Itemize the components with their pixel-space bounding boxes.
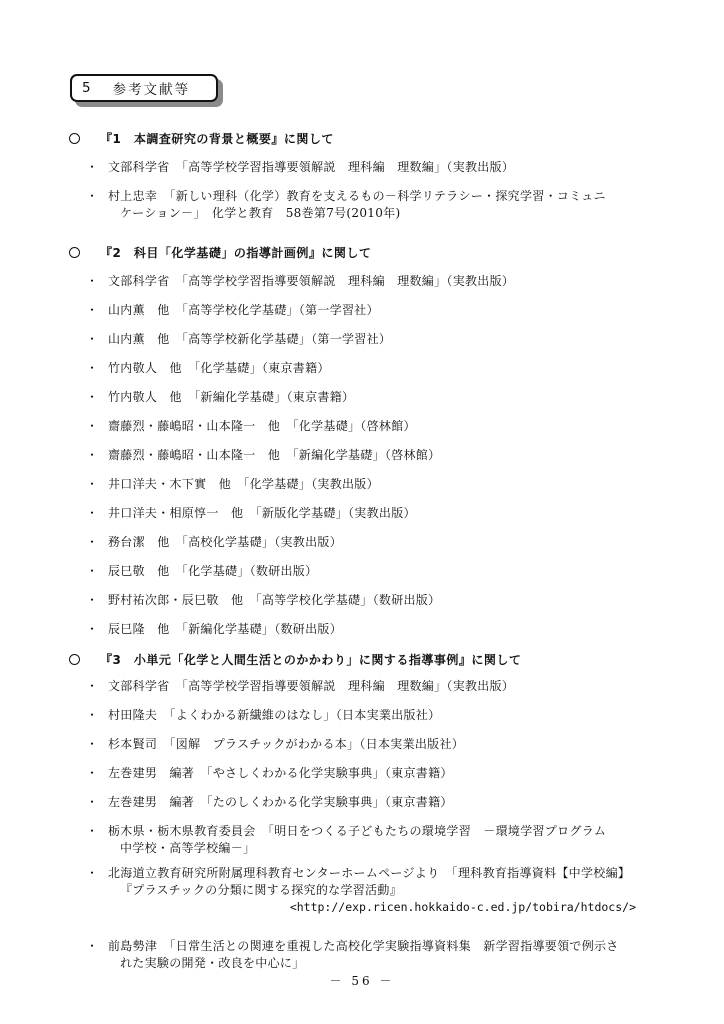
group-heading-text: 『2 科目「化学基礎」の指導計画例』に関して (100, 244, 371, 261)
reference-text: 文部科学省 「高等学校学習指導要領解説 理科編 理数編」（実教出版） (108, 160, 514, 174)
bullet-icon: ・ (86, 823, 96, 840)
reference-text: 務台潔 他 「高校化学基礎」（実教出版） (108, 535, 342, 549)
group-heading: 『1 本調査研究の背景と概要』に関して (68, 129, 678, 147)
bullet-icon: ・ (86, 389, 96, 406)
reference-text: 山内薫 他 「高等学校化学基礎」（第一学習社） (108, 303, 379, 317)
section-title-label: 参考文献等 (113, 78, 191, 98)
reference-text: 文部科学省 「高等学校学習指導要領解説 理科編 理数編」（実教出版） (108, 679, 514, 693)
reference-item: ・齋藤烈・藤嶋昭・山本隆一 他 「化学基礎」（啓林館） (68, 418, 678, 435)
reference-text: 辰巳敬 他 「化学基礎」（数研出版） (108, 564, 317, 578)
reference-item: ・辰巳隆 他 「新編化学基礎」（数研出版） (68, 621, 678, 638)
bullet-icon: ・ (86, 592, 96, 609)
bullet-icon: ・ (86, 302, 96, 319)
reference-item: ・左巻建男 編著 「やさしくわかる化学実験事典」（東京書籍） (68, 765, 678, 782)
reference-text-continued: ケーション－」 化学と教育 58巻第7号(2010年) (108, 205, 678, 222)
group-heading-text: 『3 小単元「化学と人間生活とのかかわり」に関する指導事例』に関して (100, 651, 521, 668)
bullet-icon: ・ (86, 707, 96, 724)
reference-text: 井口洋夫・相原惇一 他 「新版化学基礎」（実教出版） (108, 506, 416, 520)
bullet-icon: ・ (86, 678, 96, 695)
bullet-icon: ・ (86, 534, 96, 551)
reference-text: 齋藤烈・藤嶋昭・山本隆一 他 「新編化学基礎」（啓林館） (108, 448, 440, 462)
circle-bullet-icon (69, 247, 80, 258)
bullet-icon: ・ (86, 476, 96, 493)
reference-group-1: 『1 本調査研究の背景と概要』に関して ・ 文部科学省 「高等学校学習指導要領解… (68, 129, 678, 222)
reference-text: 野村祐次郎・辰巳敬 他 「高等学校化学基礎」（数研出版） (108, 593, 440, 607)
reference-text: 栃木県・栃木県教育委員会 「明日をつくる子どもたちの環境学習 －環境学習プログラ… (108, 824, 606, 838)
bullet-icon: ・ (86, 865, 96, 882)
reference-text-continued: 『プラスチックの分類に関する探究的な学習活動』 (108, 882, 678, 899)
reference-text-continued: れた実験の開発・改良を中心に」 (108, 955, 678, 972)
reference-text: 文部科学省 「高等学校学習指導要領解説 理科編 理数編」（実教出版） (108, 274, 514, 288)
bullet-icon: ・ (86, 159, 96, 176)
bullet-icon: ・ (86, 447, 96, 464)
group-heading: 『3 小単元「化学と人間生活とのかかわり」に関する指導事例』に関して (68, 650, 678, 668)
circle-bullet-icon (69, 654, 80, 665)
group-heading: 『2 科目「化学基礎」の指導計画例』に関して (68, 243, 678, 261)
reference-text: 辰巳隆 他 「新編化学基礎」（数研出版） (108, 622, 342, 636)
reference-item: ・山内薫 他 「高等学校新化学基礎」（第一学習社） (68, 331, 678, 348)
reference-text: 左巻建男 編著 「たのしくわかる化学実験事典」（東京書籍） (108, 795, 453, 809)
reference-item: ・井口洋夫・木下實 他 「化学基礎」（実教出版） (68, 476, 678, 493)
reference-text: 杉本賢司 「図解 プラスチックがわかる本」（日本実業出版社） (108, 737, 464, 751)
reference-text: 前島勢津 「日常生活との関連を重視した高校化学実験指導資料集 新学習指導要領で例… (108, 939, 619, 953)
reference-item: ・竹内敬人 他 「化学基礎」（東京書籍） (68, 360, 678, 377)
reference-item: ・齋藤烈・藤嶋昭・山本隆一 他 「新編化学基礎」（啓林館） (68, 447, 678, 464)
reference-item: ・ 文部科学省 「高等学校学習指導要領解説 理科編 理数編」（実教出版） (68, 159, 678, 176)
reference-text: 北海道立教育研究所附属理科教育センターホームページより 「理科教育指導資料【中学… (108, 866, 630, 880)
section-title-box: 5 参考文献等 (70, 74, 218, 102)
reference-group-3: 『3 小単元「化学と人間生活とのかかわり」に関する指導事例』に関して ・文部科学… (68, 650, 678, 972)
reference-text: 竹内敬人 他 「新編化学基礎」（東京書籍） (108, 390, 354, 404)
reference-item: ・ 村上忠幸 「新しい理科（化学）教育を支えるもの－科学リテラシー・探究学習・コ… (68, 188, 678, 222)
group-heading-text: 『1 本調査研究の背景と概要』に関して (100, 130, 334, 147)
bullet-icon: ・ (86, 273, 96, 290)
reference-item: ・文部科学省 「高等学校学習指導要領解説 理科編 理数編」（実教出版） (68, 273, 678, 290)
reference-item: ・井口洋夫・相原惇一 他 「新版化学基礎」（実教出版） (68, 505, 678, 522)
reference-item: ・山内薫 他 「高等学校化学基礎」（第一学習社） (68, 302, 678, 319)
reference-item: ・文部科学省 「高等学校学習指導要領解説 理科編 理数編」（実教出版） (68, 678, 678, 695)
reference-item: ・務台潔 他 「高校化学基礎」（実教出版） (68, 534, 678, 551)
reference-text: 齋藤烈・藤嶋昭・山本隆一 他 「化学基礎」（啓林館） (108, 419, 416, 433)
reference-text: 村上忠幸 「新しい理科（化学）教育を支えるもの－科学リテラシー・探究学習・コミュ… (108, 189, 606, 203)
bullet-icon: ・ (86, 331, 96, 348)
reference-item: ・杉本賢司 「図解 プラスチックがわかる本」（日本実業出版社） (68, 736, 678, 753)
bullet-icon: ・ (86, 360, 96, 377)
reference-text: 山内薫 他 「高等学校新化学基礎」（第一学習社） (108, 332, 391, 346)
reference-item: ・村田隆夫 「よくわかる新繊維のはなし」（日本実業出版社） (68, 707, 678, 724)
reference-url: <http://exp.ricen.hokkaido-c.ed.jp/tobir… (108, 899, 678, 916)
section-number: 5 (82, 80, 91, 96)
reference-text-continued: 中学校・高等学校編－」 (108, 840, 678, 857)
reference-item: ・左巻建男 編著 「たのしくわかる化学実験事典」（東京書籍） (68, 794, 678, 811)
reference-item: ・ 栃木県・栃木県教育委員会 「明日をつくる子どもたちの環境学習 －環境学習プロ… (68, 823, 678, 857)
section-title: 5 参考文献等 (70, 74, 218, 102)
bullet-icon: ・ (86, 418, 96, 435)
bullet-icon: ・ (86, 736, 96, 753)
reference-text: 竹内敬人 他 「化学基礎」（東京書籍） (108, 361, 330, 375)
bullet-icon: ・ (86, 621, 96, 638)
bullet-icon: ・ (86, 505, 96, 522)
reference-item: ・辰巳敬 他 「化学基礎」（数研出版） (68, 563, 678, 580)
circle-bullet-icon (69, 133, 80, 144)
reference-item: ・野村祐次郎・辰巳敬 他 「高等学校化学基礎」（数研出版） (68, 592, 678, 609)
reference-item: ・ 前島勢津 「日常生活との関連を重視した高校化学実験指導資料集 新学習指導要領… (68, 938, 678, 972)
reference-group-2: 『2 科目「化学基礎」の指導計画例』に関して ・文部科学省 「高等学校学習指導要… (68, 243, 678, 638)
bullet-icon: ・ (86, 938, 96, 955)
reference-text: 村田隆夫 「よくわかる新繊維のはなし」（日本実業出版社） (108, 708, 440, 722)
reference-item: ・竹内敬人 他 「新編化学基礎」（東京書籍） (68, 389, 678, 406)
page-number: － 56 － (0, 972, 724, 989)
bullet-icon: ・ (86, 765, 96, 782)
bullet-icon: ・ (86, 188, 96, 205)
bullet-icon: ・ (86, 794, 96, 811)
reference-text: 井口洋夫・木下實 他 「化学基礎」（実教出版） (108, 477, 379, 491)
bullet-icon: ・ (86, 563, 96, 580)
reference-item: ・ 北海道立教育研究所附属理科教育センターホームページより 「理科教育指導資料【… (68, 865, 678, 916)
reference-text: 左巻建男 編著 「やさしくわかる化学実験事典」（東京書籍） (108, 766, 453, 780)
